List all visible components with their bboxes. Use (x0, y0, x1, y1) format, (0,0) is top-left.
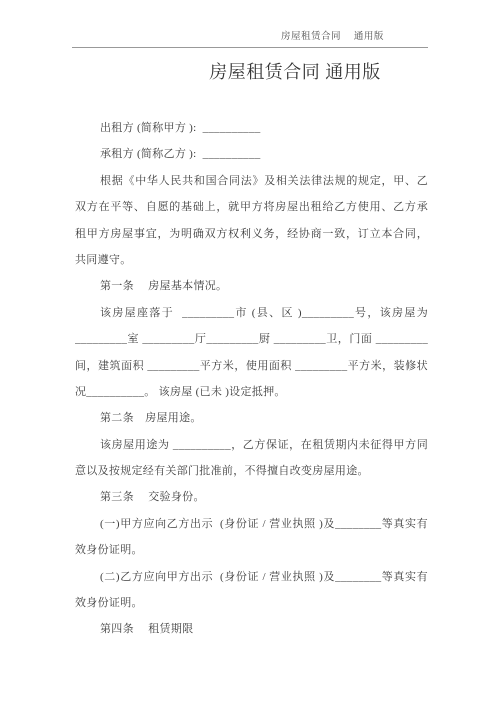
document-line: 该房屋座落于 _________市 (县、区 )_________号，该房屋为 (75, 300, 428, 326)
document-line: 第二条 房屋用途。 (75, 405, 428, 431)
document-line: _________室 _________厅_________厨 ________… (75, 326, 428, 352)
document-line: (二)乙方应向甲方出示 (身份证 / 营业执照 )及________等真实有 (75, 564, 428, 590)
document-line: 出租方 (简称甲方 ): __________ (75, 115, 428, 141)
document-line: 共同遵守。 (75, 247, 428, 273)
document-line: 承租方 (简称乙方 ): __________ (75, 141, 428, 167)
document-line: 意以及按规定经有关部门批准前，不得擅自改变房屋用途。 (75, 458, 428, 484)
document-line: 租甲方房屋事宜，为明确双方权利义务，经协商一致，订立本合同， (75, 221, 428, 247)
page-title: 房屋租赁合同 通用版 (0, 58, 500, 86)
document-line: 第四条 租赁期限 (75, 616, 428, 642)
document-line: 效身份证明。 (75, 537, 428, 563)
document-line: 第三条 交验身份。 (75, 484, 428, 510)
running-header: 房屋租赁合同 通用版 (281, 30, 384, 44)
document-line: 间，建筑面积 _________平方米，使用面积 _________平方米，装修… (75, 353, 428, 379)
document-line: 该房屋用途为 __________，乙方保证，在租赁期内未征得甲方同 (75, 432, 428, 458)
document-line: (一)甲方应向乙方出示 (身份证 / 营业执照 )及________等真实有 (75, 511, 428, 537)
header-rule-divider (72, 47, 428, 48)
document-line: 第一条 房屋基本情况。 (75, 273, 428, 299)
document-line: 况__________。 该房屋 (已未 )设定抵押。 (75, 379, 428, 405)
contract-page: 房屋租赁合同 通用版 房屋租赁合同 通用版 出租方 (简称甲方 ): _____… (0, 0, 500, 708)
document-line: 效身份证明。 (75, 590, 428, 616)
document-line: 根据《中华人民共和国合同法》及相关法律法规的规定，甲、乙 (75, 168, 428, 194)
document-body: 出租方 (简称甲方 ): __________承租方 (简称乙方 ): ____… (75, 115, 428, 643)
document-line: 双方在平等、自愿的基础上，就甲方将房屋出租给乙方使用、乙方承 (75, 194, 428, 220)
